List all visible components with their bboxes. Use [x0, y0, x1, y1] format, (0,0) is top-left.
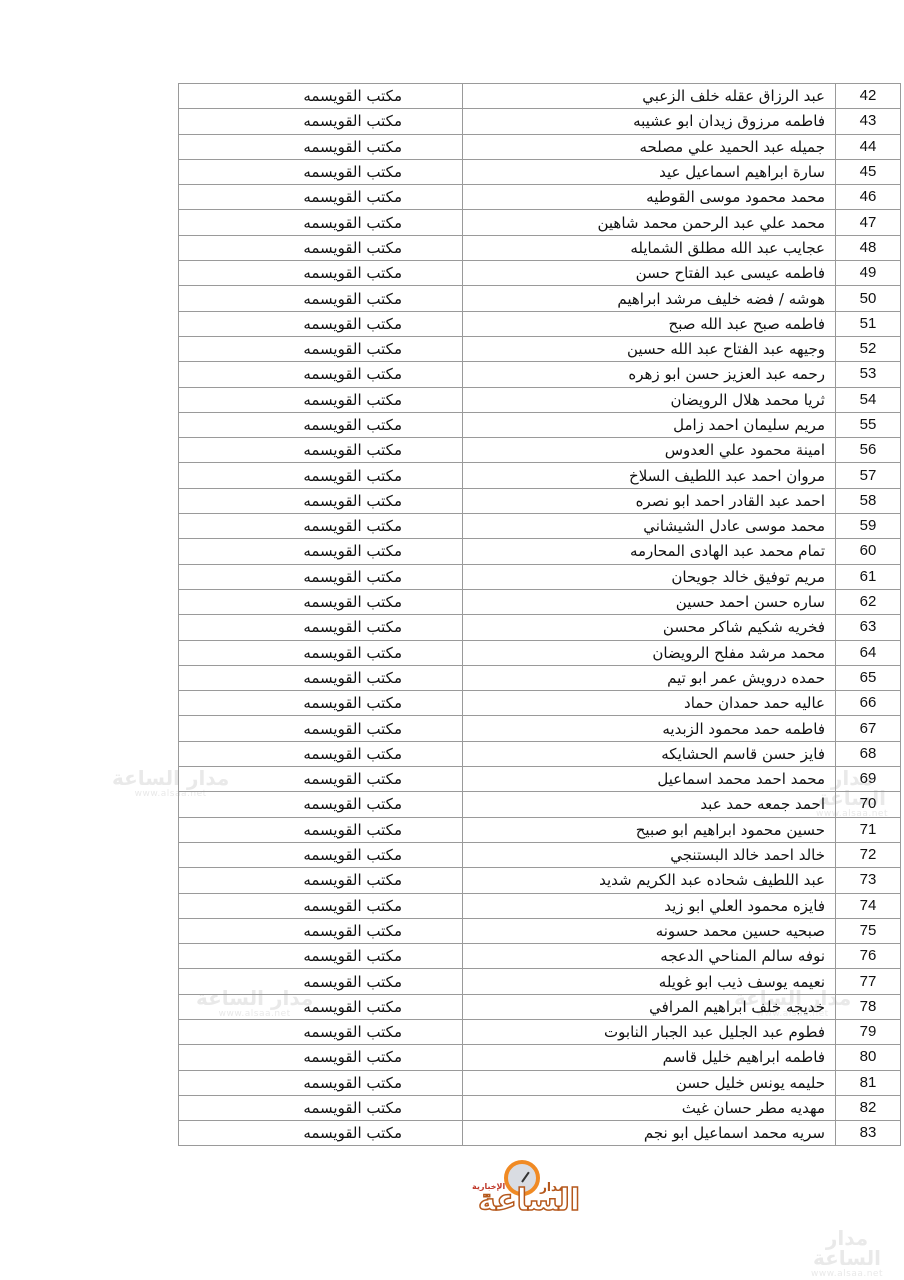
person-name: ساره حسن احمد حسين [463, 589, 836, 614]
row-number: 60 [836, 539, 901, 564]
row-number: 81 [836, 1070, 901, 1095]
person-name: فايزه محمود العلي ابو زيد [463, 893, 836, 918]
person-name: حمده درويش عمر ابو تيم [463, 665, 836, 690]
office-name: مكتب القويسمه [179, 842, 463, 867]
table-row: 45سارة ابراهيم اسماعيل عيدمكتب القويسمه [179, 159, 901, 184]
table-row: 73عبد اللطيف شحاده عبد الكريم شديدمكتب ا… [179, 868, 901, 893]
table-row: 72خالد احمد خالد البستنجيمكتب القويسمه [179, 842, 901, 867]
person-name: نعيمه يوسف ذيب ابو غويله [463, 969, 836, 994]
table-row: 56امينة محمود علي العدوسمكتب القويسمه [179, 438, 901, 463]
person-name: رحمه عبد العزيز حسن ابو زهره [463, 362, 836, 387]
person-name: مريم توفيق خالد جويحان [463, 564, 836, 589]
table-row: 43فاطمه مرزوق زيدان ابو عشيبهمكتب القويس… [179, 109, 901, 134]
person-name: نوفه سالم المناحي الدعجه [463, 944, 836, 969]
person-name: مروان احمد عبد اللطيف السلاخ [463, 463, 836, 488]
row-number: 55 [836, 412, 901, 437]
row-number: 72 [836, 842, 901, 867]
office-name: مكتب القويسمه [179, 716, 463, 741]
person-name: تمام محمد عبد الهادى المحارمه [463, 539, 836, 564]
row-number: 83 [836, 1121, 901, 1146]
table-row: 76نوفه سالم المناحي الدعجهمكتب القويسمه [179, 944, 901, 969]
roster-table: 42عبد الرزاق عقله خلف الزعبيمكتب القويسم… [178, 83, 901, 1146]
watermark: مدار الساعة www.alsaa.net [790, 1228, 904, 1279]
table-row: 61مريم توفيق خالد جويحانمكتب القويسمه [179, 564, 901, 589]
row-number: 57 [836, 463, 901, 488]
person-name: خديجه خلف ابراهيم المرافي [463, 994, 836, 1019]
row-number: 65 [836, 665, 901, 690]
office-name: مكتب القويسمه [179, 84, 463, 109]
row-number: 51 [836, 311, 901, 336]
office-name: مكتب القويسمه [179, 1045, 463, 1070]
table-row: 78خديجه خلف ابراهيم المرافيمكتب القويسمه [179, 994, 901, 1019]
person-name: فاطمه مرزوق زيدان ابو عشيبه [463, 109, 836, 134]
table-row: 74فايزه محمود العلي ابو زيدمكتب القويسمه [179, 893, 901, 918]
office-name: مكتب القويسمه [179, 640, 463, 665]
row-number: 67 [836, 716, 901, 741]
row-number: 79 [836, 1019, 901, 1044]
table-row: 42عبد الرزاق عقله خلف الزعبيمكتب القويسم… [179, 84, 901, 109]
person-name: محمد علي عبد الرحمن محمد شاهين [463, 210, 836, 235]
table-row: 71حسين محمود ابراهيم ابو صبيحمكتب القويس… [179, 817, 901, 842]
row-number: 64 [836, 640, 901, 665]
row-number: 80 [836, 1045, 901, 1070]
person-name: مريم سليمان احمد زامل [463, 412, 836, 437]
row-number: 46 [836, 185, 901, 210]
table-row: 77نعيمه يوسف ذيب ابو غويلهمكتب القويسمه [179, 969, 901, 994]
office-name: مكتب القويسمه [179, 665, 463, 690]
row-number: 43 [836, 109, 901, 134]
office-name: مكتب القويسمه [179, 767, 463, 792]
person-name: ثريا محمد هلال الرويضان [463, 387, 836, 412]
table-row: 65حمده درويش عمر ابو تيممكتب القويسمه [179, 665, 901, 690]
office-name: مكتب القويسمه [179, 539, 463, 564]
office-name: مكتب القويسمه [179, 918, 463, 943]
person-name: فخريه شكيم شاكر محسن [463, 615, 836, 640]
office-name: مكتب القويسمه [179, 564, 463, 589]
person-name: محمد احمد محمد اسماعيل [463, 767, 836, 792]
table-row: 80فاطمه ابراهيم خليل قاسممكتب القويسمه [179, 1045, 901, 1070]
person-name: سارة ابراهيم اسماعيل عيد [463, 159, 836, 184]
row-number: 74 [836, 893, 901, 918]
office-name: مكتب القويسمه [179, 134, 463, 159]
office-name: مكتب القويسمه [179, 185, 463, 210]
person-name: صبحيه حسين محمد حسونه [463, 918, 836, 943]
table-row: 82مهديه مطر حسان غيثمكتب القويسمه [179, 1095, 901, 1120]
row-number: 59 [836, 514, 901, 539]
row-number: 47 [836, 210, 901, 235]
table-row: 46محمد محمود موسى القوطيهمكتب القويسمه [179, 185, 901, 210]
table-row: 47محمد علي عبد الرحمن محمد شاهينمكتب الق… [179, 210, 901, 235]
row-number: 69 [836, 767, 901, 792]
roster-table-body: 42عبد الرزاق عقله خلف الزعبيمكتب القويسم… [179, 84, 901, 1146]
person-name: فاطمه عيسى عبد الفتاح حسن [463, 261, 836, 286]
person-name: محمد محمود موسى القوطيه [463, 185, 836, 210]
row-number: 71 [836, 817, 901, 842]
office-name: مكتب القويسمه [179, 1121, 463, 1146]
person-name: فاطمه حمد محمود الزبديه [463, 716, 836, 741]
table-row: 70احمد جمعه حمد عبدمكتب القويسمه [179, 792, 901, 817]
watermark-url: www.alsaa.net [790, 1270, 904, 1279]
person-name: محمد مرشد مفلح الرويضان [463, 640, 836, 665]
row-number: 56 [836, 438, 901, 463]
row-number: 52 [836, 336, 901, 361]
person-name: حليمه يونس خليل حسن [463, 1070, 836, 1095]
office-name: مكتب القويسمه [179, 336, 463, 361]
brand-logo: الإخبارية مدار الساعة [472, 1160, 572, 1222]
person-name: وجيهه عبد الفتاح عبد الله حسين [463, 336, 836, 361]
person-name: فايز حسن قاسم الحشايكه [463, 741, 836, 766]
office-name: مكتب القويسمه [179, 792, 463, 817]
row-number: 53 [836, 362, 901, 387]
row-number: 58 [836, 488, 901, 513]
table-row: 58احمد عبد القادر احمد ابو نصرهمكتب القو… [179, 488, 901, 513]
person-name: خالد احمد خالد البستنجي [463, 842, 836, 867]
table-row: 81حليمه يونس خليل حسنمكتب القويسمه [179, 1070, 901, 1095]
office-name: مكتب القويسمه [179, 817, 463, 842]
office-name: مكتب القويسمه [179, 412, 463, 437]
office-name: مكتب القويسمه [179, 514, 463, 539]
person-name: عبد الرزاق عقله خلف الزعبي [463, 84, 836, 109]
row-number: 76 [836, 944, 901, 969]
office-name: مكتب القويسمه [179, 463, 463, 488]
row-number: 70 [836, 792, 901, 817]
table-row: 59محمد موسى عادل الشيشانيمكتب القويسمه [179, 514, 901, 539]
row-number: 49 [836, 261, 901, 286]
table-row: 79فطوم عبد الجليل عبد الجبار النابوتمكتب… [179, 1019, 901, 1044]
row-number: 54 [836, 387, 901, 412]
office-name: مكتب القويسمه [179, 387, 463, 412]
row-number: 42 [836, 84, 901, 109]
table-row: 53رحمه عبد العزيز حسن ابو زهرهمكتب القوي… [179, 362, 901, 387]
table-row: 66عاليه حمد حمدان حمادمكتب القويسمه [179, 691, 901, 716]
office-name: مكتب القويسمه [179, 362, 463, 387]
row-number: 75 [836, 918, 901, 943]
office-name: مكتب القويسمه [179, 1095, 463, 1120]
person-name: احمد عبد القادر احمد ابو نصره [463, 488, 836, 513]
office-name: مكتب القويسمه [179, 589, 463, 614]
office-name: مكتب القويسمه [179, 109, 463, 134]
table-row: 50هوشه / فضه خليف مرشد ابراهيممكتب القوي… [179, 286, 901, 311]
table-row: 64محمد مرشد مفلح الرويضانمكتب القويسمه [179, 640, 901, 665]
row-number: 48 [836, 235, 901, 260]
office-name: مكتب القويسمه [179, 311, 463, 336]
table-row: 83سريه محمد اسماعيل ابو نجممكتب القويسمه [179, 1121, 901, 1146]
table-row: 44جميله عبد الحميد علي مصلحهمكتب القويسم… [179, 134, 901, 159]
office-name: مكتب القويسمه [179, 159, 463, 184]
table-row: 68فايز حسن قاسم الحشايكهمكتب القويسمه [179, 741, 901, 766]
person-name: عجايب عبد الله مطلق الشمايله [463, 235, 836, 260]
person-name: فاطمه صبح عبد الله صبح [463, 311, 836, 336]
table-row: 52وجيهه عبد الفتاح عبد الله حسينمكتب الق… [179, 336, 901, 361]
office-name: مكتب القويسمه [179, 615, 463, 640]
row-number: 62 [836, 589, 901, 614]
office-name: مكتب القويسمه [179, 286, 463, 311]
row-number: 66 [836, 691, 901, 716]
office-name: مكتب القويسمه [179, 741, 463, 766]
document-page: مدار الساعة www.alsaa.net مدار الساعة ww… [0, 0, 904, 1280]
office-name: مكتب القويسمه [179, 1070, 463, 1095]
person-name: احمد جمعه حمد عبد [463, 792, 836, 817]
table-row: 67فاطمه حمد محمود الزبديهمكتب القويسمه [179, 716, 901, 741]
person-name: عبد اللطيف شحاده عبد الكريم شديد [463, 868, 836, 893]
person-name: سريه محمد اسماعيل ابو نجم [463, 1121, 836, 1146]
person-name: حسين محمود ابراهيم ابو صبيح [463, 817, 836, 842]
row-number: 63 [836, 615, 901, 640]
office-name: مكتب القويسمه [179, 1019, 463, 1044]
row-number: 77 [836, 969, 901, 994]
row-number: 73 [836, 868, 901, 893]
office-name: مكتب القويسمه [179, 994, 463, 1019]
logo-title: الساعة [478, 1186, 568, 1216]
office-name: مكتب القويسمه [179, 868, 463, 893]
person-name: جميله عبد الحميد علي مصلحه [463, 134, 836, 159]
table-row: 60تمام محمد عبد الهادى المحارمهمكتب القو… [179, 539, 901, 564]
row-number: 68 [836, 741, 901, 766]
row-number: 61 [836, 564, 901, 589]
person-name: امينة محمود علي العدوس [463, 438, 836, 463]
person-name: مهديه مطر حسان غيث [463, 1095, 836, 1120]
person-name: هوشه / فضه خليف مرشد ابراهيم [463, 286, 836, 311]
row-number: 78 [836, 994, 901, 1019]
office-name: مكتب القويسمه [179, 691, 463, 716]
person-name: فاطمه ابراهيم خليل قاسم [463, 1045, 836, 1070]
table-row: 62ساره حسن احمد حسينمكتب القويسمه [179, 589, 901, 614]
table-row: 55مريم سليمان احمد زاملمكتب القويسمه [179, 412, 901, 437]
office-name: مكتب القويسمه [179, 969, 463, 994]
person-name: فطوم عبد الجليل عبد الجبار النابوت [463, 1019, 836, 1044]
row-number: 45 [836, 159, 901, 184]
table-row: 54ثريا محمد هلال الرويضانمكتب القويسمه [179, 387, 901, 412]
office-name: مكتب القويسمه [179, 438, 463, 463]
table-row: 69محمد احمد محمد اسماعيلمكتب القويسمه [179, 767, 901, 792]
table-row: 75صبحيه حسين محمد حسونهمكتب القويسمه [179, 918, 901, 943]
row-number: 50 [836, 286, 901, 311]
office-name: مكتب القويسمه [179, 235, 463, 260]
office-name: مكتب القويسمه [179, 210, 463, 235]
row-number: 44 [836, 134, 901, 159]
person-name: عاليه حمد حمدان حماد [463, 691, 836, 716]
table-row: 51فاطمه صبح عبد الله صبحمكتب القويسمه [179, 311, 901, 336]
table-row: 49فاطمه عيسى عبد الفتاح حسنمكتب القويسمه [179, 261, 901, 286]
office-name: مكتب القويسمه [179, 944, 463, 969]
row-number: 82 [836, 1095, 901, 1120]
office-name: مكتب القويسمه [179, 488, 463, 513]
office-name: مكتب القويسمه [179, 893, 463, 918]
office-name: مكتب القويسمه [179, 261, 463, 286]
watermark-title: مدار الساعة [790, 1228, 904, 1268]
table-row: 48عجايب عبد الله مطلق الشمايلهمكتب القوي… [179, 235, 901, 260]
table-row: 63فخريه شكيم شاكر محسنمكتب القويسمه [179, 615, 901, 640]
table-row: 57مروان احمد عبد اللطيف السلاخمكتب القوي… [179, 463, 901, 488]
person-name: محمد موسى عادل الشيشاني [463, 514, 836, 539]
